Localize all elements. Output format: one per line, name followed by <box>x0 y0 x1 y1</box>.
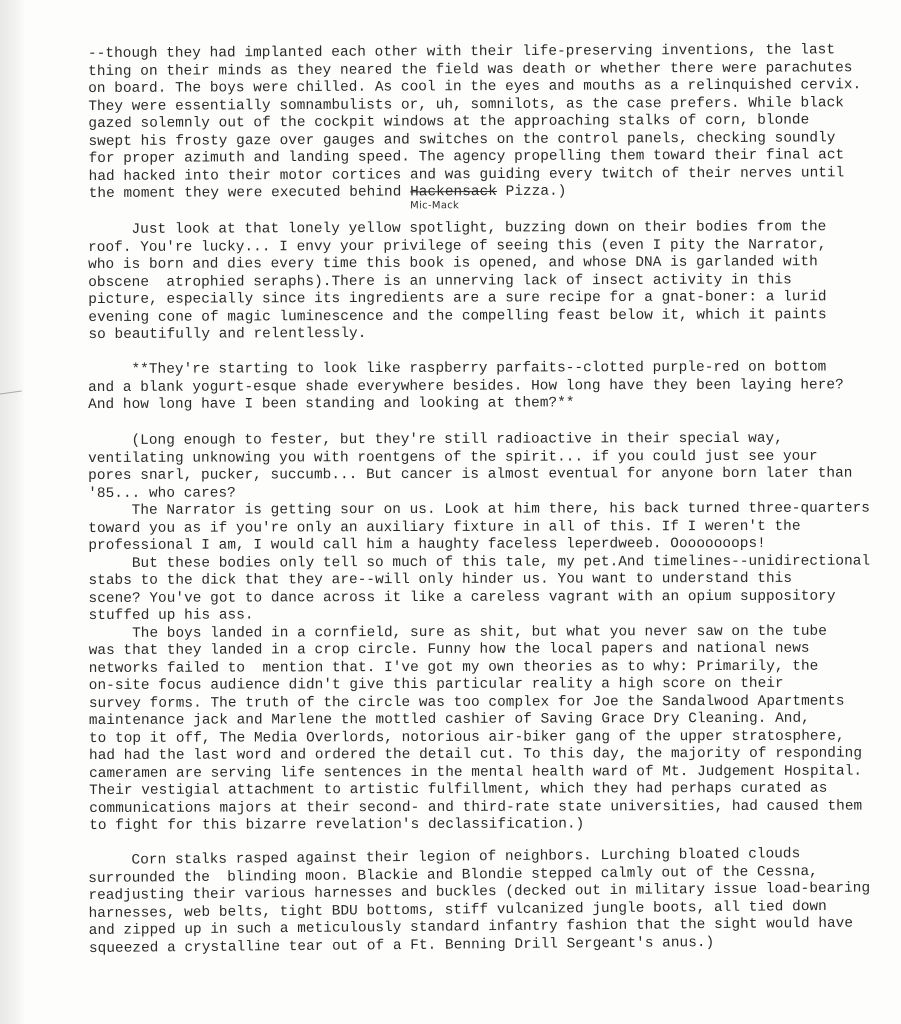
text-line: evening cone of magic luminescence and t… <box>88 306 888 327</box>
text-line: to fight for this bizarre revelation's d… <box>89 815 889 835</box>
text-line: who is born and dies every time this boo… <box>88 253 888 274</box>
text-line: on-site focus audience didn't give this … <box>89 675 889 695</box>
text-line: ventilating unknowing you with roentgens… <box>88 447 888 467</box>
text-line: had had the last word and ordered the de… <box>89 745 889 765</box>
text-line: cameramen are serving life sentences in … <box>89 762 889 782</box>
paragraph-gap <box>88 415 888 433</box>
text-line: (Long enough to fester, but they're stil… <box>88 430 888 450</box>
text-segment: Pizza.) <box>497 184 567 200</box>
text-line: **They're starting to look like raspberr… <box>88 359 888 379</box>
text-line: communications majors at their second- a… <box>89 797 889 817</box>
handwritten-correction: Mic-Mack <box>410 197 459 215</box>
text-segment: the moment they were executed behind <box>89 184 410 202</box>
text-line-with-correction: the moment they were executed behind Hac… <box>89 182 889 203</box>
text-line: networks failed to mention that. I've go… <box>89 657 889 677</box>
text-line: Just look at that lonely yellow spotligh… <box>88 218 888 239</box>
text-line: pores snarl, pucker, succumb... But canc… <box>88 465 888 485</box>
text-line: scene? You've got to dance across it lik… <box>88 587 888 607</box>
paragraph-3: **They're starting to look like raspberr… <box>88 359 888 414</box>
text-line: stuffed up his ass. <box>89 605 889 625</box>
typewritten-page: --though they had implanted each other w… <box>88 46 888 958</box>
text-line: so beautifully and relentlessly. <box>88 323 888 344</box>
text-line: The boys landed in a cornfield, sure as … <box>89 622 889 642</box>
text-line: '85... who cares? <box>88 482 888 502</box>
text-line: stabs to the dick that they are--will on… <box>88 570 888 590</box>
struck-through-word: HackensackMic-Mack <box>410 184 497 200</box>
text-line: toward you as if you're only an auxiliar… <box>88 517 888 537</box>
scanned-paper-edge <box>0 0 24 1024</box>
text-line: maintenance jack and Marlene the mottled… <box>89 710 889 730</box>
text-line: survey forms. The truth of the circle wa… <box>89 692 889 712</box>
paragraph-1: --though they had implanted each other w… <box>88 42 889 203</box>
paragraph-2: Just look at that lonely yellow spotligh… <box>88 218 888 344</box>
text-line: professional I am, I would call him a ha… <box>88 535 888 555</box>
text-line: And how long have I been standing and lo… <box>88 394 888 414</box>
text-line: But these bodies only tell so much of th… <box>88 552 888 572</box>
text-line: picture, especially since its ingredient… <box>88 288 888 309</box>
paragraph-5: Corn stalks rasped against their legion … <box>88 845 889 958</box>
text-line: to top it off, The Media Overlords, noto… <box>89 727 889 747</box>
paragraph-4: (Long enough to fester, but they're stil… <box>88 430 889 835</box>
text-line: The Narrator is getting sour on us. Look… <box>88 500 888 520</box>
text-line: was that they landed in a crop circle. F… <box>89 640 889 660</box>
text-line: and a blank yogurt-esque shade everywher… <box>88 377 888 397</box>
text-line: Their vestigial attachment to artistic f… <box>89 780 889 800</box>
